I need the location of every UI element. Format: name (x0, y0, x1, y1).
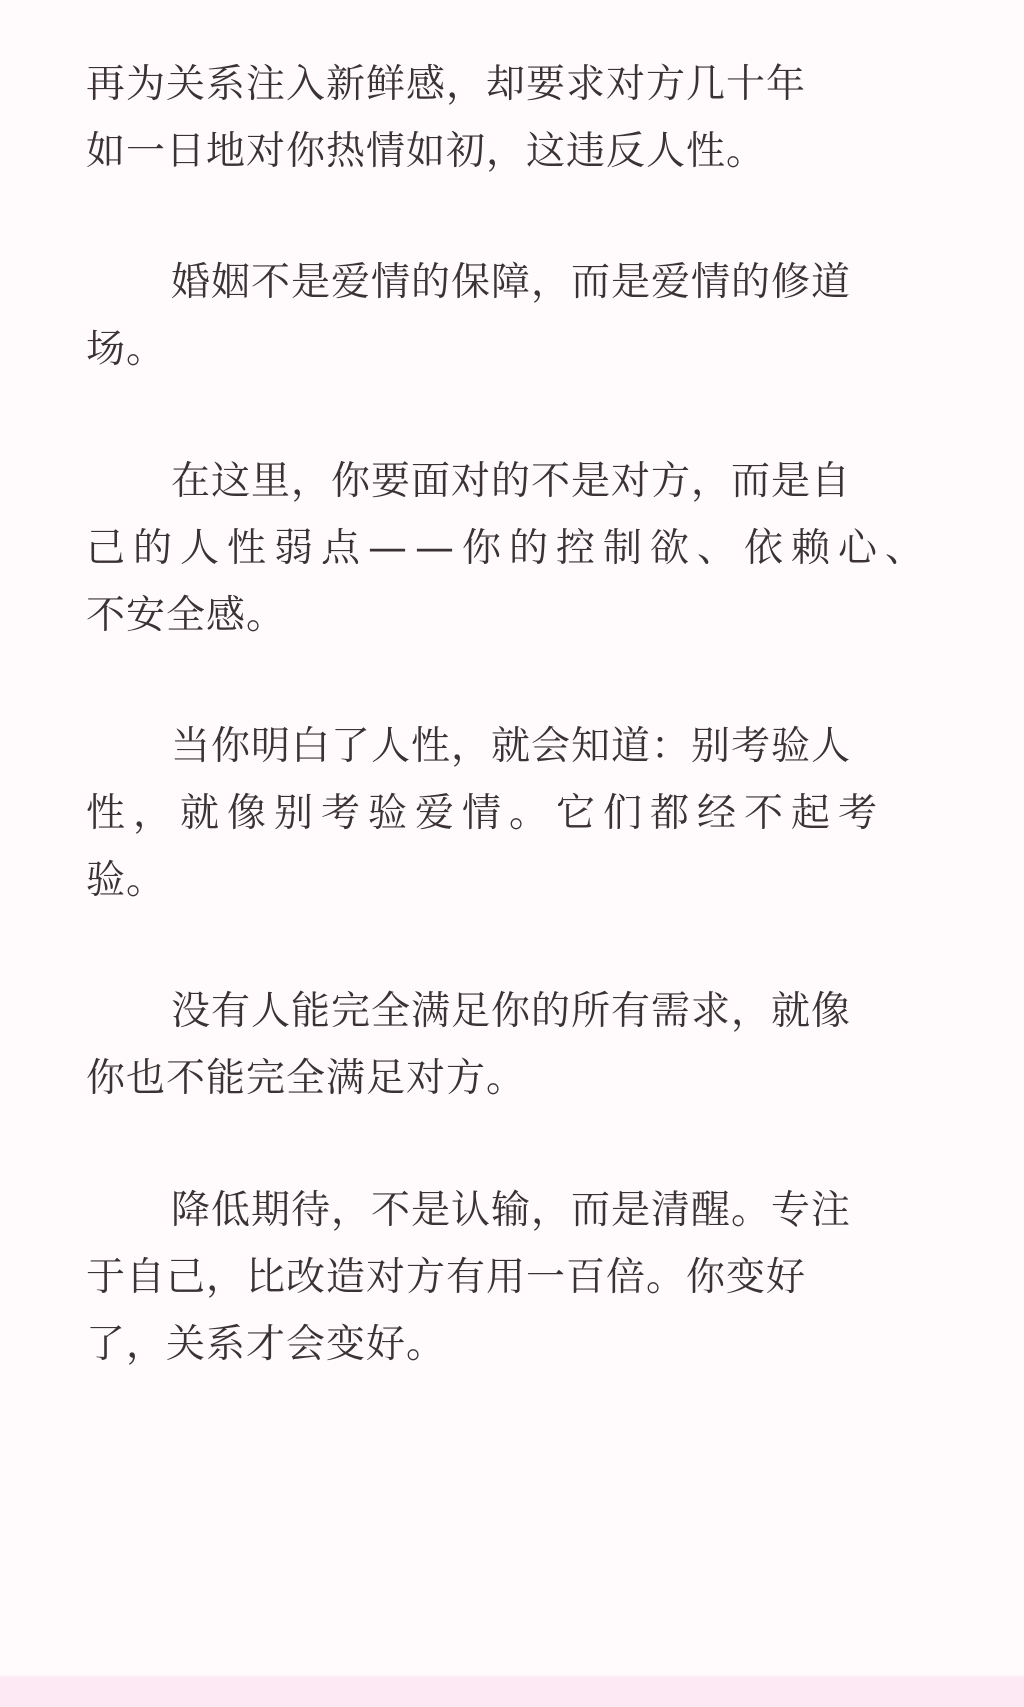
text-line: 己的人性弱点——你的控制欲、依赖心、 (86, 519, 932, 579)
text-line: 降低期待，不是认输，而是清醒。专注 (171, 1181, 851, 1241)
text-line: 在这里，你要面对的不是对方，而是自 (171, 452, 851, 512)
text-line: 了，关系才会变好。 (86, 1315, 446, 1375)
text-line: 婚姻不是爱情的保障，而是爱情的修道 (171, 253, 851, 313)
text-line: 场。 (86, 320, 166, 380)
text-line: 不安全感。 (86, 586, 286, 646)
text-line: 性，就像别考验爱情。它们都经不起考 (86, 784, 885, 844)
text-line: 再为关系注入新鲜感，却要求对方几十年 (86, 55, 806, 115)
text-line: 验。 (86, 851, 166, 911)
text-line: 没有人能完全满足你的所有需求，就像 (171, 982, 851, 1042)
text-line: 于自己，比改造对方有用一百倍。你变好 (86, 1248, 806, 1308)
text-line: 如一日地对你热情如初，这违反人性。 (86, 122, 766, 182)
text-line: 你也不能完全满足对方。 (86, 1049, 526, 1109)
text-line: 当你明白了人性，就会知道：别考验人 (171, 717, 851, 777)
bottom-decorative-band (0, 1677, 1024, 1707)
